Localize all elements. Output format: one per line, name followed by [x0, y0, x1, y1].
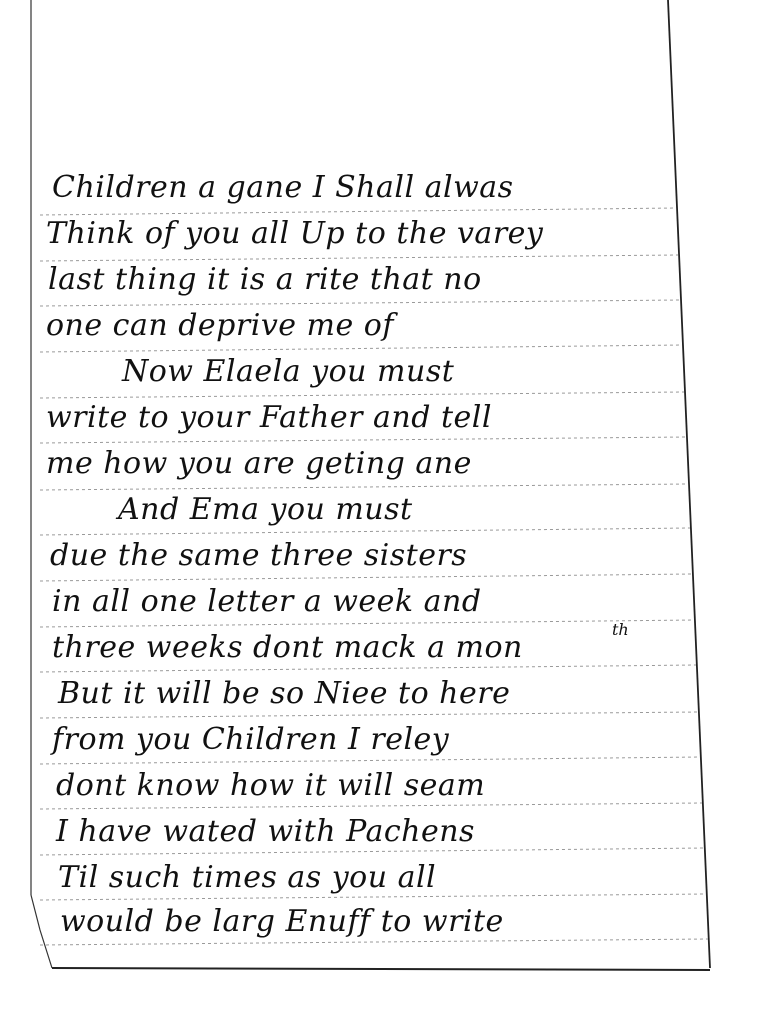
- letter-line: Now Elaela you must: [122, 354, 454, 389]
- letter-line: I have wated with Pachens: [56, 814, 475, 849]
- letter-line: due the same three sisters: [50, 538, 467, 573]
- letter-line: write to your Father and tell: [46, 400, 492, 435]
- letter-line: Til such times as you all: [58, 860, 436, 895]
- letter-line: from you Children I reley: [52, 722, 449, 757]
- letter-line: dont know how it will seam: [56, 768, 485, 803]
- letter-page: Children a gane I Shall alwas Think of y…: [0, 0, 768, 1024]
- letter-line: one can deprive me of: [46, 308, 394, 343]
- letter-line: But it will be so Niee to here: [58, 676, 510, 711]
- letter-line: in all one letter a week and: [52, 584, 482, 619]
- letter-line: last thing it is a rite that no: [48, 262, 482, 297]
- letter-line: Think of you all Up to the varey: [46, 216, 543, 251]
- superscript-th: th: [612, 620, 629, 639]
- letter-line: Children a gane I Shall alwas: [52, 170, 514, 205]
- letter-line: would be larg Enuff to write: [60, 904, 504, 939]
- letter-line: And Ema you must: [118, 492, 413, 527]
- letter-line: me how you are geting ane: [46, 446, 472, 481]
- letter-line: three weeks dont mack a mon: [52, 630, 523, 665]
